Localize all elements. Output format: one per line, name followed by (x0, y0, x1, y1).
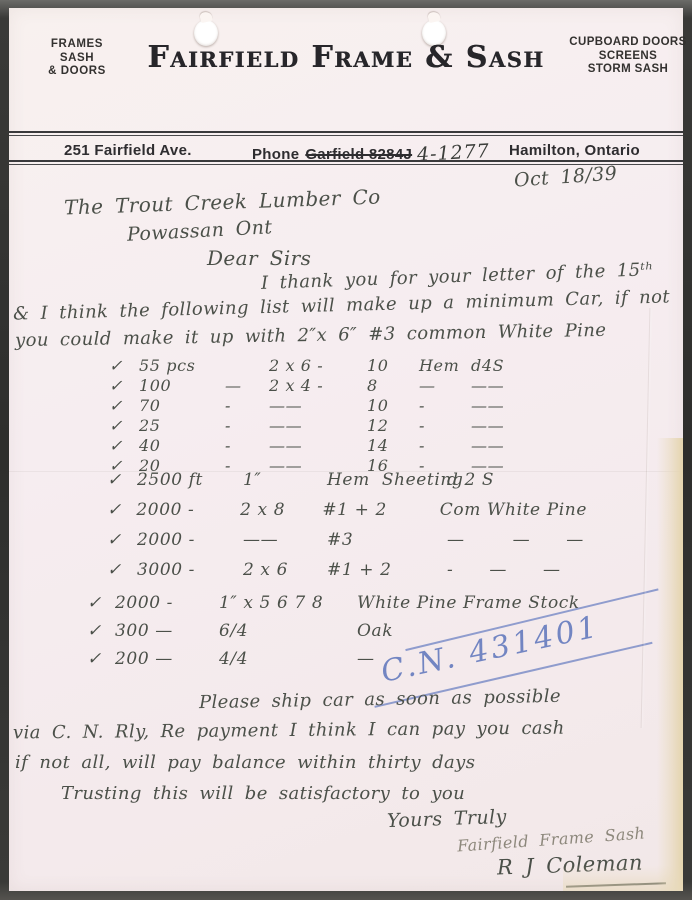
list-cell: - (225, 396, 269, 415)
list-cell: 3000 - (137, 560, 243, 580)
list-cell: —— (471, 436, 579, 455)
list-cell: Hem (419, 356, 471, 375)
lumber-list-row: ✓2500 ft1″Hem Sheetingd 2 S (107, 470, 587, 500)
lumber-list-row: ✓2000 -1″ x 5 6 7 8White Pine Frame Stoc… (87, 593, 607, 621)
body-line: & I think the following list will make u… (13, 286, 670, 324)
paper-crease (641, 308, 651, 728)
list-cell: 10 (367, 396, 419, 415)
closing-line: if not all, will pay balance within thir… (15, 752, 475, 773)
lumber-list-row: ✓100—2 x 4 -8——— (109, 376, 579, 396)
check-mark-icon: ✓ (109, 436, 139, 455)
list-cell: 2000 - (115, 593, 219, 613)
service-line: STORM SASH (569, 63, 687, 77)
recipient-name: The Trout Creek Lumber Co (64, 184, 381, 219)
list-cell: - (419, 436, 471, 455)
list-cell: — (225, 376, 269, 395)
lumber-list-row: ✓2000 -——#3— — — (107, 530, 587, 560)
closing-line: Trusting this will be satisfactory to yo… (61, 783, 465, 804)
lumber-list-row: ✓55 pcs2 x 6 -10Hemd4S (109, 356, 579, 376)
salutation: Dear Sirs (207, 246, 311, 270)
paper-fold (9, 471, 683, 472)
closing-line: via C. N. Rly, Re payment I think I can … (13, 718, 565, 744)
list-cell: 2 x 8 (240, 500, 322, 520)
list-cell: 2 x 4 - (269, 376, 367, 395)
list-cell: 14 (367, 436, 419, 455)
check-mark-icon: ✓ (107, 530, 137, 550)
list-cell: 100 (139, 376, 225, 395)
list-cell: 25 (139, 416, 225, 435)
letterhead-right-services: CUPBOARD DOORS SCREENS STORM SASH (569, 36, 687, 77)
list-cell: 200 — (115, 649, 219, 669)
list-cell: #3 (327, 530, 447, 550)
list-cell: #1 + 2 (327, 560, 447, 580)
service-line: SCREENS (569, 50, 687, 64)
list-cell: —— (269, 436, 367, 455)
closing-line: Please ship car as soon as possible (199, 686, 561, 713)
lumber-list-block2: ✓2500 ft1″Hem Sheetingd 2 S✓2000 -2 x 8#… (107, 470, 587, 590)
list-cell: —— (471, 396, 579, 415)
check-mark-icon: ✓ (109, 376, 139, 395)
letter-page: FRAMES SASH & DOORS Fairfield Frame & Sa… (9, 8, 683, 891)
list-cell: d4S (471, 356, 579, 375)
list-cell: - (225, 436, 269, 455)
list-cell: - (419, 396, 471, 415)
service-line: CUPBOARD DOORS (569, 36, 687, 50)
rule-line (9, 135, 683, 136)
lumber-list-row: ✓25-——12-—— (109, 416, 579, 436)
list-cell: —— (269, 416, 367, 435)
list-cell: — (419, 376, 471, 395)
list-cell: 40 (139, 436, 225, 455)
lumber-list-row: ✓40-——14-—— (109, 436, 579, 456)
page-edge-shadow (563, 865, 683, 891)
list-cell: 8 (367, 376, 419, 395)
list-cell: 70 (139, 396, 225, 415)
sign-off: Yours Truly (387, 806, 507, 832)
list-cell: 2 x 6 (243, 560, 327, 580)
check-mark-icon: ✓ (109, 356, 139, 375)
list-cell: 300 — (115, 621, 219, 641)
body-line: you could make it up with 2″x 6″ #3 comm… (15, 320, 607, 351)
list-cell: —— (243, 530, 327, 550)
rule-line (9, 160, 683, 162)
city-province: Hamilton, Ontario (509, 142, 640, 159)
list-cell: Com White Pine (440, 500, 587, 520)
photo-border: FRAMES SASH & DOORS Fairfield Frame & Sa… (0, 0, 692, 900)
list-cell: - (225, 416, 269, 435)
street-address: 251 Fairfield Ave. (64, 142, 192, 159)
lumber-list-block1: ✓55 pcs2 x 6 -10Hemd4S✓100—2 x 4 -8———✓7… (109, 356, 579, 476)
check-mark-icon: ✓ (87, 621, 115, 641)
list-cell: 55 pcs (139, 356, 225, 375)
rule-line (9, 131, 683, 133)
page-edge-shadow (657, 438, 683, 891)
list-cell: 2500 ft (137, 470, 243, 490)
list-cell: —— (471, 376, 579, 395)
recipient-city: Powassan Ont (127, 216, 273, 246)
list-cell: 2000 - (137, 530, 243, 550)
check-mark-icon: ✓ (107, 500, 136, 520)
list-cell: —— (269, 396, 367, 415)
lumber-list-row: ✓2000 -2 x 8#1 + 2Com White Pine (107, 500, 587, 530)
list-cell: 2 x 6 - (269, 356, 367, 375)
lumber-list-row: ✓70-——10-—— (109, 396, 579, 416)
phone-new-handwritten: 4-1277 (417, 140, 491, 166)
list-cell: #1 + 2 (322, 500, 439, 520)
list-cell: 1″ x 5 6 7 8 (219, 593, 357, 613)
check-mark-icon: ✓ (109, 396, 139, 415)
list-cell: - — — (447, 560, 587, 580)
list-cell: 12 (367, 416, 419, 435)
list-cell: 6/4 (219, 621, 357, 641)
list-cell: - (419, 416, 471, 435)
list-cell: 1″ (243, 470, 327, 490)
letter-date: Oct 18/39 (513, 162, 618, 191)
list-cell: 10 (367, 356, 419, 375)
check-mark-icon: ✓ (107, 560, 137, 580)
list-cell: —— (471, 416, 579, 435)
check-mark-icon: ✓ (87, 649, 115, 669)
check-mark-icon: ✓ (107, 470, 137, 490)
list-cell: d 2 S (447, 470, 587, 490)
lumber-list-row: ✓3000 -2 x 6#1 + 2- — — (107, 560, 587, 590)
list-cell: — — — (447, 530, 587, 550)
list-cell: Hem Sheeting (327, 470, 447, 490)
list-cell: 2000 - (136, 500, 240, 520)
check-mark-icon: ✓ (109, 416, 139, 435)
list-cell: 4/4 (219, 649, 357, 669)
check-mark-icon: ✓ (87, 593, 115, 613)
